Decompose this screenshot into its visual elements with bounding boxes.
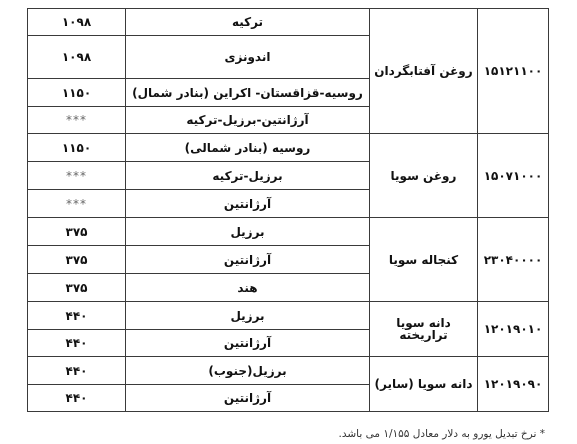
table-row: ۱۰۹۸ ترکیه روغن آفتابگردان ۱۵۱۲۱۱۰۰	[28, 9, 549, 36]
price-cell: ۱۱۵۰	[28, 134, 126, 162]
country-cell: آرژانتین	[126, 190, 370, 218]
price-cell: ***	[28, 162, 126, 190]
price-cell: ۳۷۵	[28, 218, 126, 246]
country-cell: اندونزی	[126, 36, 370, 79]
country-cell: ترکیه	[126, 9, 370, 36]
price-cell: ۳۷۵	[28, 274, 126, 302]
price-cell: ۴۴۰	[28, 330, 126, 357]
price-cell: ***	[28, 190, 126, 218]
table-row: ۴۴۰ برزیل(جنوب) دانه سویا (سایر) ۱۲۰۱۹۰۹…	[28, 357, 549, 385]
price-cell: ۱۱۵۰	[28, 79, 126, 107]
footnote: * نرخ تبدیل یورو به دلار معادل ۱/۱۵۵ می …	[339, 428, 546, 440]
country-cell: آرژانتین	[126, 246, 370, 274]
price-table: ۱۰۹۸ ترکیه روغن آفتابگردان ۱۵۱۲۱۱۰۰ ۱۰۹۸…	[27, 8, 549, 412]
country-cell: آرژانتین-برزیل-ترکیه	[126, 107, 370, 134]
table-row: ۱۱۵۰ روسیه (بنادر شمالی) روغن سویا ۱۵۰۷۱…	[28, 134, 549, 162]
country-cell: برزیل	[126, 218, 370, 246]
product-cell: دانه سویا (سایر)	[370, 357, 478, 412]
table-row: ۳۷۵ برزیل کنجاله سویا ۲۳۰۴۰۰۰۰	[28, 218, 549, 246]
country-cell: هند	[126, 274, 370, 302]
price-cell: ***	[28, 107, 126, 134]
tariff-code-cell: ۲۳۰۴۰۰۰۰	[478, 218, 549, 302]
country-cell: روسیه-قزاقستان- اکراین (بنادر شمال)	[126, 79, 370, 107]
price-cell: ۴۴۰	[28, 385, 126, 412]
product-cell: دانه سویا تراریخته	[370, 302, 478, 357]
product-cell: روغن آفتابگردان	[370, 9, 478, 134]
price-cell: ۱۰۹۸	[28, 9, 126, 36]
tariff-code-cell: ۱۲۰۱۹۰۱۰	[478, 302, 549, 357]
country-cell: برزیل(جنوب)	[126, 357, 370, 385]
price-cell: ۱۰۹۸	[28, 36, 126, 79]
country-cell: برزیل	[126, 302, 370, 330]
product-cell: کنجاله سویا	[370, 218, 478, 302]
tariff-code-cell: ۱۵۰۷۱۰۰۰	[478, 134, 549, 218]
price-cell: ۴۴۰	[28, 357, 126, 385]
country-cell: آرژانتین	[126, 330, 370, 357]
country-cell: آرژانتین	[126, 385, 370, 412]
tariff-code-cell: ۱۲۰۱۹۰۹۰	[478, 357, 549, 412]
price-cell: ۴۴۰	[28, 302, 126, 330]
tariff-code-cell: ۱۵۱۲۱۱۰۰	[478, 9, 549, 134]
price-cell: ۳۷۵	[28, 246, 126, 274]
product-cell: روغن سویا	[370, 134, 478, 218]
country-cell: روسیه (بنادر شمالی)	[126, 134, 370, 162]
table-row: ۴۴۰ برزیل دانه سویا تراریخته ۱۲۰۱۹۰۱۰	[28, 302, 549, 330]
country-cell: برزیل-ترکیه	[126, 162, 370, 190]
